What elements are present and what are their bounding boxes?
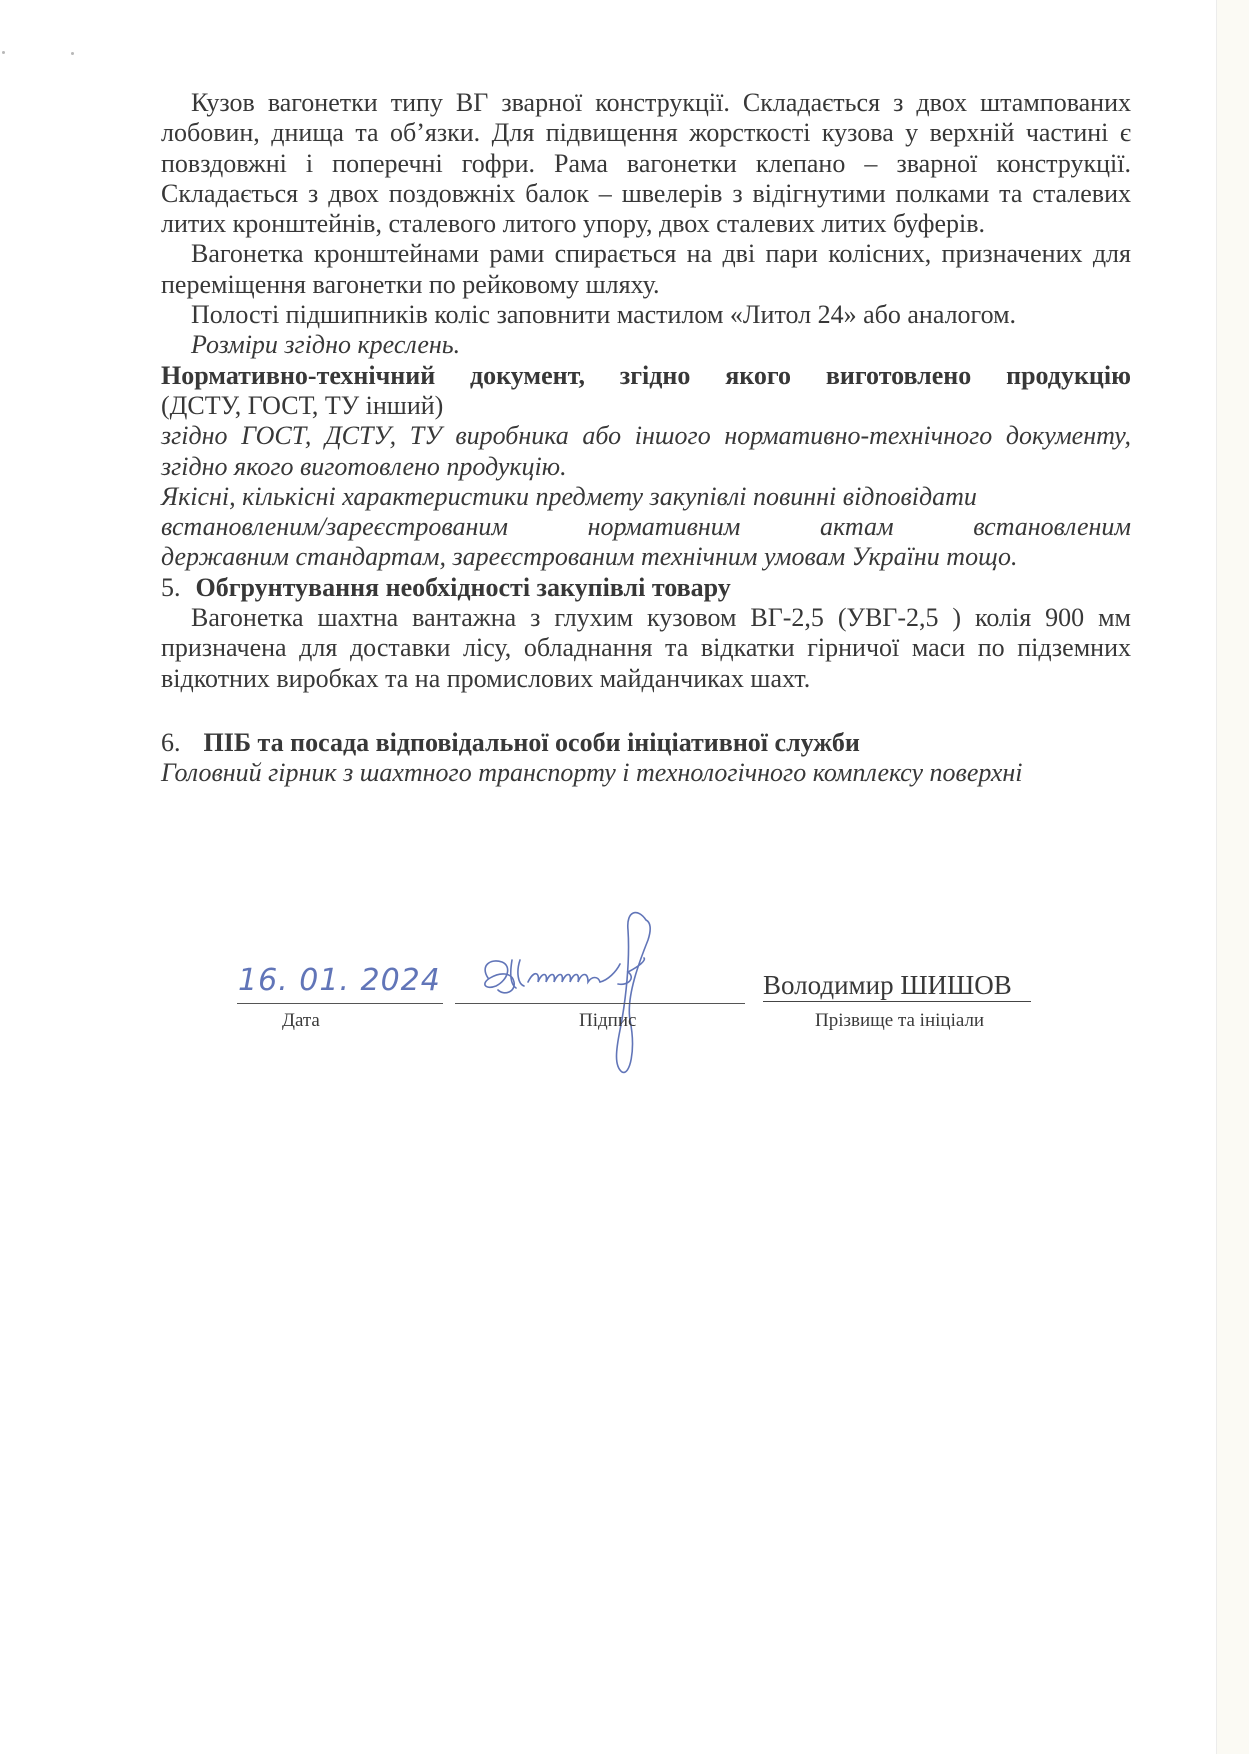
signature-line (455, 1003, 745, 1004)
date-label: Дата (282, 1010, 320, 1032)
name-label: Прізвище та ініціали (815, 1010, 984, 1032)
signature-label: Підпис (579, 1010, 636, 1032)
handwritten-signature-icon (450, 900, 770, 1080)
signature-block: 16. 01. 2024 Дата Підпис Володимир ШИШОВ… (0, 0, 1249, 1754)
date-line (237, 1003, 443, 1004)
name-underline (763, 1001, 1031, 1002)
signer-name: Володимир ШИШОВ (763, 970, 1012, 1001)
handwritten-date: 16. 01. 2024 (238, 963, 441, 998)
